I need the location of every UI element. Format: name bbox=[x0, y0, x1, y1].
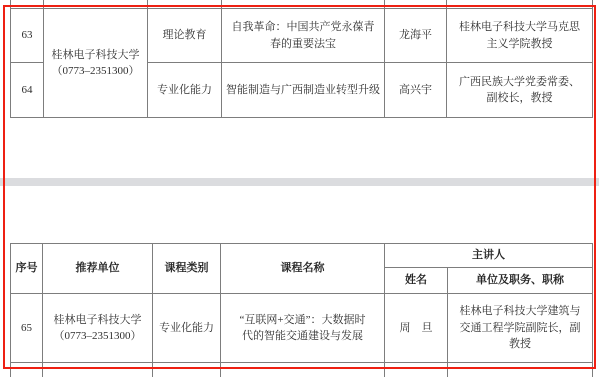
cell-empty bbox=[153, 363, 221, 377]
cell-empty bbox=[221, 363, 385, 377]
table-column-stub bbox=[147, 0, 148, 8]
header-course-category: 课程类别 bbox=[153, 244, 221, 294]
table-column-stub bbox=[446, 0, 447, 8]
header-recommending-org: 推荐单位 bbox=[43, 244, 153, 294]
course-table-lower: 序号 推荐单位 课程类别 课程名称 主讲人 姓名 单位及职务、职称 65 桂林电… bbox=[10, 243, 593, 377]
table-column-stub bbox=[384, 0, 385, 8]
org-phone: （0773–2351300） bbox=[47, 328, 148, 345]
header-speaker-group: 主讲人 bbox=[385, 244, 593, 268]
page-break-band bbox=[0, 178, 599, 186]
table-header-row: 序号 推荐单位 课程类别 课程名称 主讲人 bbox=[11, 244, 593, 268]
cell-course-category: 理论教育 bbox=[148, 9, 222, 63]
table-row: 63 桂林电子科技大学 （0773–2351300） 理论教育 自我革命：中国共… bbox=[11, 9, 593, 63]
cell-course-category: 专业化能力 bbox=[148, 63, 222, 118]
cell-empty bbox=[43, 363, 153, 377]
cell-speaker-affiliation: 桂林电子科技大学建筑与 交通工程学院副院长，副 教授 bbox=[448, 294, 593, 363]
cell-course-category: 专业化能力 bbox=[153, 294, 221, 363]
cell-speaker-affiliation: 广西民族大学党委常委、 副校长，教授 bbox=[447, 63, 593, 118]
header-speaker-affiliation: 单位及职务、职称 bbox=[448, 268, 593, 294]
cell-serial-number: 65 bbox=[11, 294, 43, 363]
cell-empty bbox=[385, 363, 448, 377]
table-row: 65 桂林电子科技大学 （0773–2351300） 专业化能力 “互联网+交通… bbox=[11, 294, 593, 363]
cell-empty bbox=[11, 363, 43, 377]
cell-course-name: 智能制造与广西制造业转型升级 bbox=[222, 63, 385, 118]
table-row-partial bbox=[11, 363, 593, 377]
cell-recommending-org: 桂林电子科技大学 （0773–2351300） bbox=[43, 294, 153, 363]
cell-serial-number: 63 bbox=[11, 9, 44, 63]
cell-course-name: “互联网+交通”：大数据时 代的智能交通建设与发展 bbox=[221, 294, 385, 363]
org-phone: （0773–2351300） bbox=[48, 63, 143, 80]
header-serial-number: 序号 bbox=[11, 244, 43, 294]
cell-speaker-name: 周 旦 bbox=[385, 294, 448, 363]
header-speaker-name: 姓名 bbox=[385, 268, 448, 294]
cell-speaker-name: 高兴宇 bbox=[385, 63, 447, 118]
org-name: 桂林电子科技大学 bbox=[48, 47, 143, 64]
table-column-stub bbox=[592, 0, 593, 8]
cell-empty bbox=[448, 363, 593, 377]
cell-recommending-org: 桂林电子科技大学 （0773–2351300） bbox=[44, 9, 148, 118]
table-column-stub bbox=[221, 0, 222, 8]
table-column-stub bbox=[10, 0, 11, 8]
cell-speaker-name: 龙海平 bbox=[385, 9, 447, 63]
document-page: 63 桂林电子科技大学 （0773–2351300） 理论教育 自我革命：中国共… bbox=[0, 0, 599, 377]
cell-course-name: 自我革命：中国共产党永葆青 春的重要法宝 bbox=[222, 9, 385, 63]
cell-serial-number: 64 bbox=[11, 63, 44, 118]
course-table-upper: 63 桂林电子科技大学 （0773–2351300） 理论教育 自我革命：中国共… bbox=[10, 8, 593, 118]
header-course-name: 课程名称 bbox=[221, 244, 385, 294]
org-name: 桂林电子科技大学 bbox=[47, 312, 148, 329]
table-column-stub bbox=[43, 0, 44, 8]
cell-speaker-affiliation: 桂林电子科技大学马克思 主义学院教授 bbox=[447, 9, 593, 63]
